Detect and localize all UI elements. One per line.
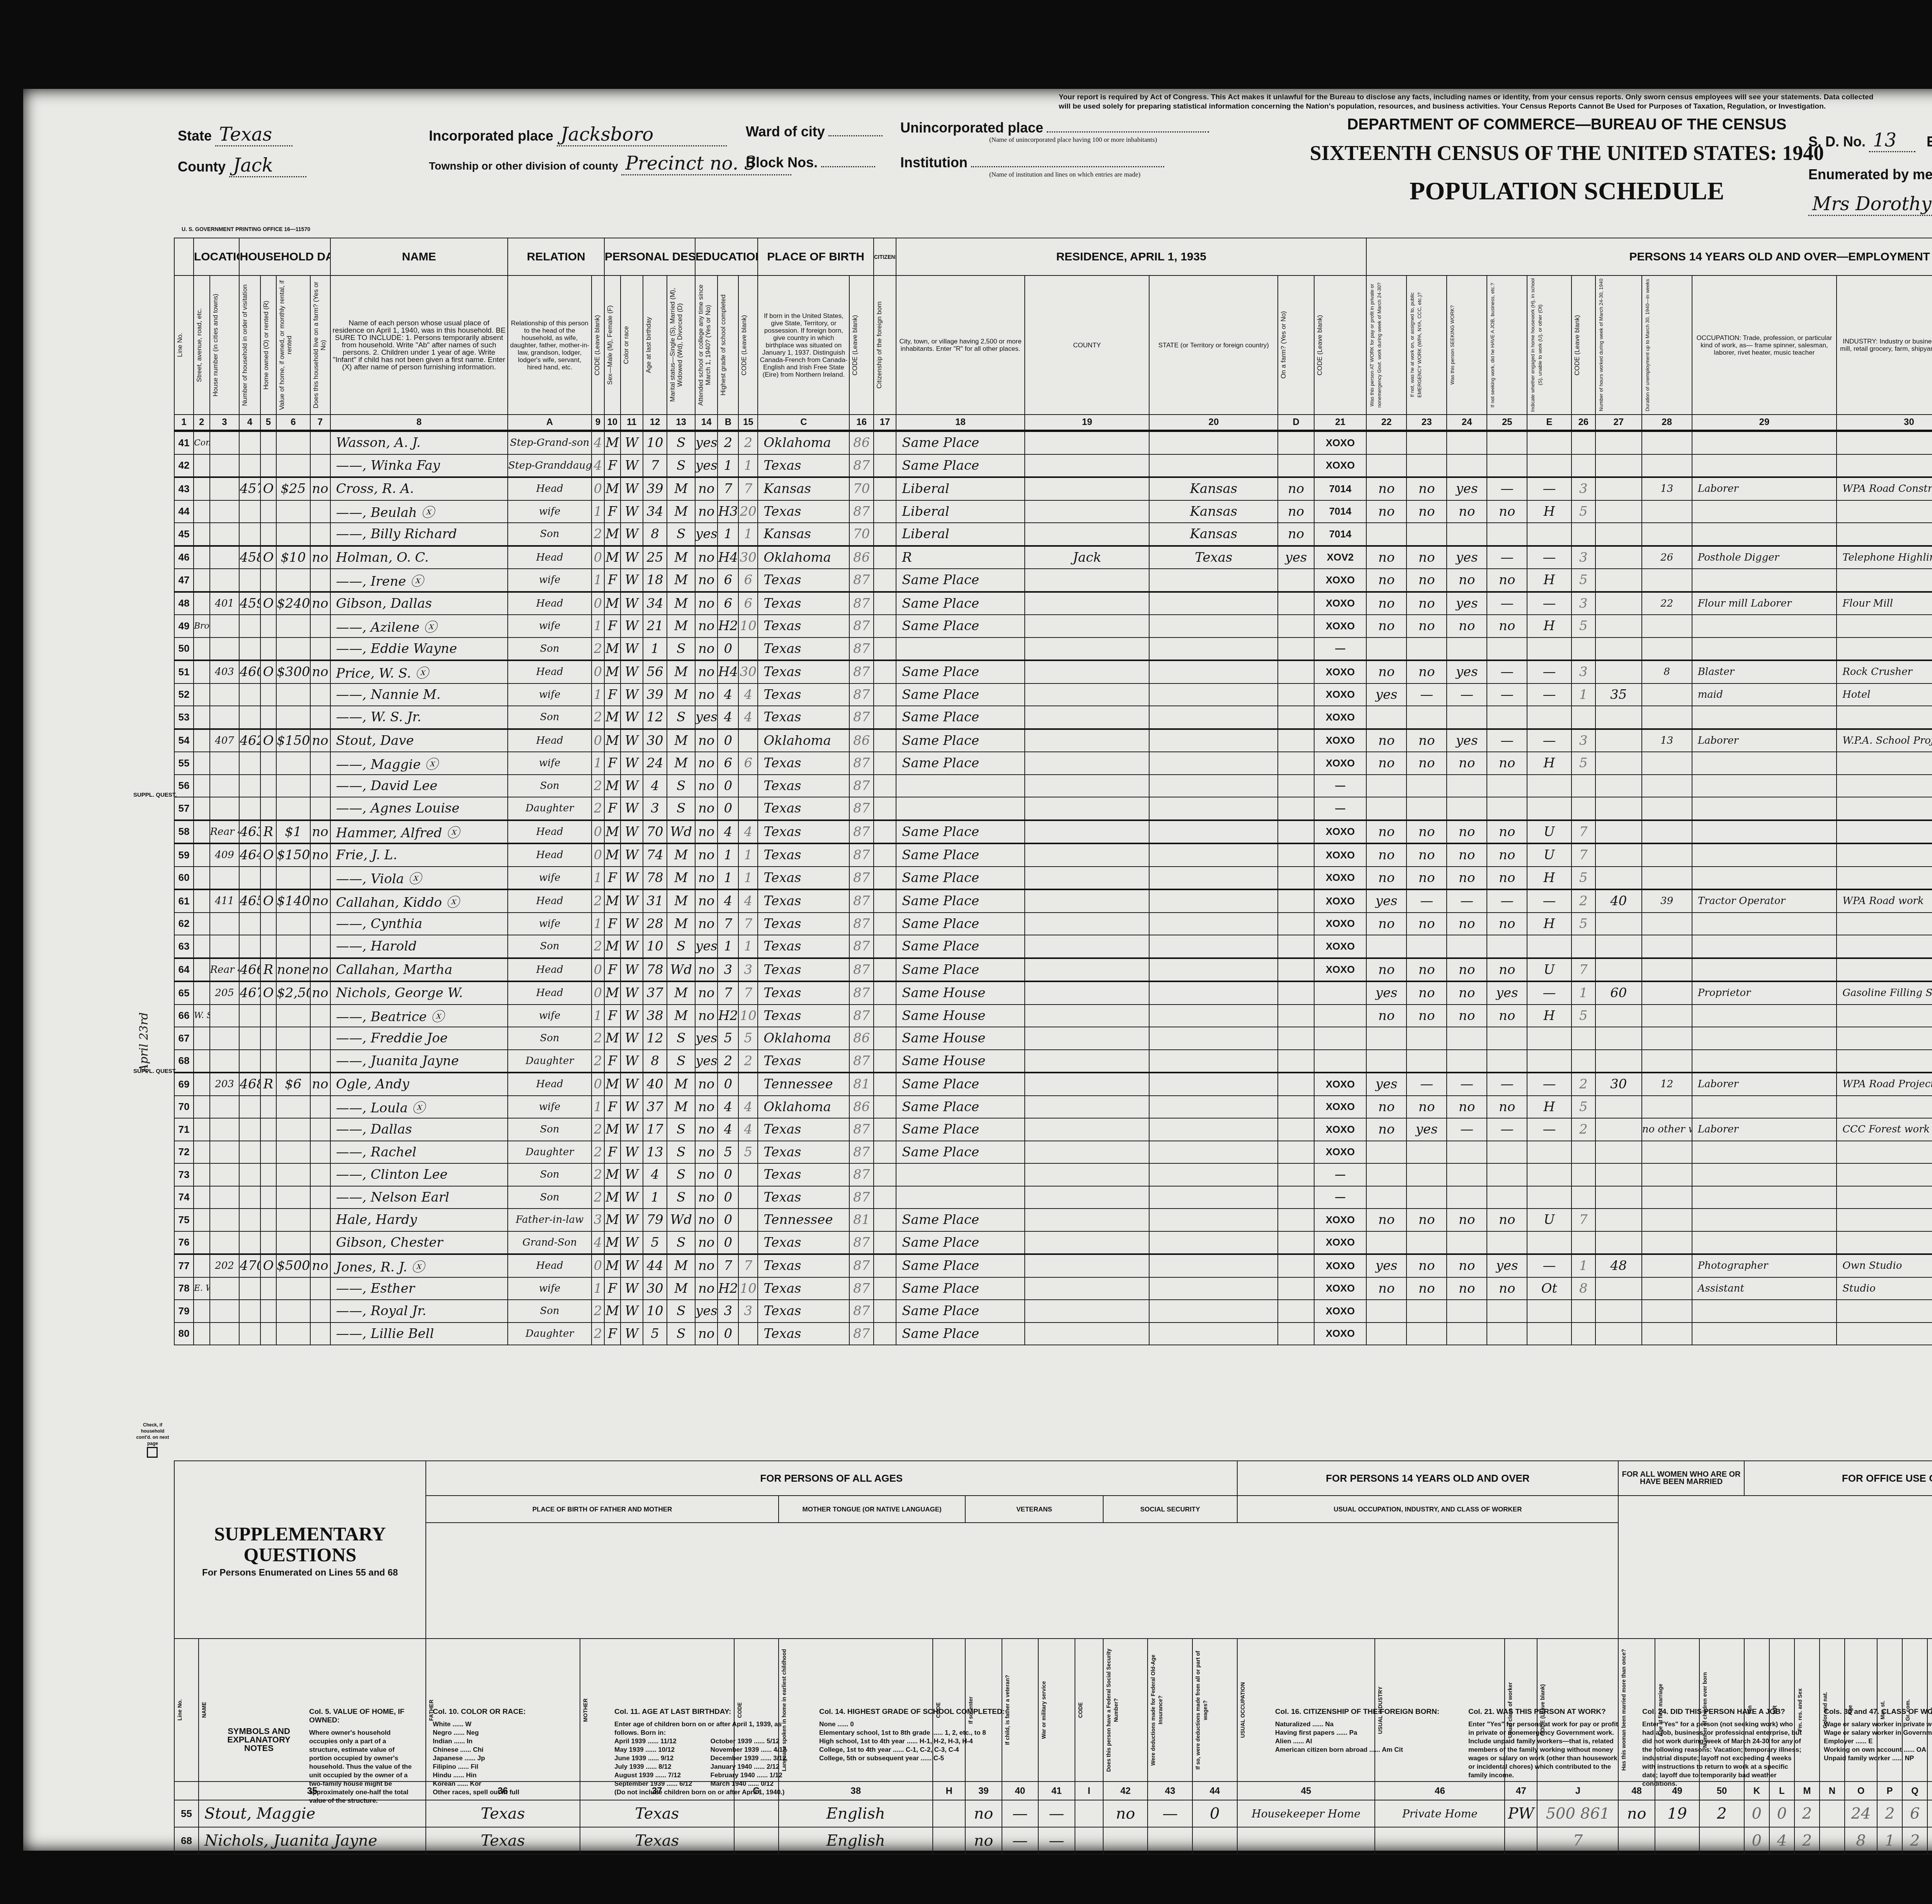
cell-race: W — [621, 1096, 643, 1119]
cell-c22: — — [1406, 683, 1447, 706]
cell-ln: 69 — [174, 1073, 194, 1096]
cell-house: 401 — [210, 592, 240, 615]
cell-race: W — [621, 706, 643, 729]
cell-age: 8 — [643, 523, 667, 546]
supp-veterans: VETERANS — [965, 1496, 1103, 1523]
cell-house: 205 — [210, 981, 240, 1005]
supp-col-number: R — [1927, 1782, 1932, 1800]
cell-codeE: 7 — [1571, 958, 1595, 982]
cell-c26 — [1595, 843, 1642, 867]
cell-c22 — [1406, 454, 1447, 478]
cell-c27 — [1642, 569, 1692, 592]
cell-race: W — [621, 1186, 643, 1209]
cell-city: Same Place — [896, 1300, 1025, 1323]
cell-c22 — [1406, 706, 1447, 729]
cell-grade: 0 — [718, 1231, 738, 1255]
cell-value — [276, 867, 310, 890]
cell-codeA: 0 — [592, 1073, 604, 1096]
cell-sex: M — [604, 592, 621, 615]
cell-industry: Rock Crusher — [1837, 660, 1932, 683]
cell-farm35 — [1278, 1163, 1314, 1186]
cell-birthplace: Texas — [758, 867, 849, 890]
cell-c24: no — [1487, 820, 1527, 844]
cell-owned: O — [260, 1254, 277, 1277]
cell-c27 — [1642, 1096, 1692, 1119]
cell-sex: F — [604, 615, 621, 637]
cell-c23: — — [1447, 683, 1487, 706]
cell-codeE — [1571, 431, 1595, 454]
cell-birthplace: Oklahoma — [758, 431, 849, 454]
cell-sex: F — [604, 867, 621, 890]
cell-ln: 78 — [174, 1277, 194, 1300]
cell-c26 — [1595, 958, 1642, 982]
cell-occupation — [1692, 569, 1837, 592]
col24-text: Enter "Yes" for a person (not seeking wo… — [1642, 1720, 1804, 1788]
cell-codeD: XOXO — [1314, 615, 1366, 637]
table-row: 70——, Loula ⓧwife1FW37Mno44Oklahoma86Sam… — [174, 1096, 1932, 1119]
cell-c21: no — [1366, 477, 1406, 500]
cell-relation: Head — [508, 820, 591, 844]
footer-col11: Col. 11. AGE AT LAST BIRTHDAY: Enter age… — [614, 1708, 800, 1797]
cell-c22: no — [1406, 981, 1447, 1005]
cell-industry: Own Studio — [1837, 1254, 1932, 1277]
cell-occupation — [1692, 523, 1837, 546]
household-continued-checkbox[interactable] — [147, 1447, 158, 1458]
cell-citizen — [874, 1141, 896, 1164]
cell-codeD: — — [1314, 797, 1366, 820]
cell-codeD — [1314, 1027, 1366, 1050]
cell-codeC: 86 — [849, 546, 873, 569]
cell-street — [194, 592, 210, 615]
supp-col-header: Line No. — [174, 1639, 199, 1782]
supp-col-number: 39 — [965, 1782, 1002, 1800]
cell-race: W — [621, 1163, 643, 1186]
cell-codeE — [1571, 1231, 1595, 1255]
col11-note: (Do not include children born on or afte… — [614, 1788, 800, 1797]
cell-marital: S — [667, 1231, 695, 1255]
table-row: 57——, Agnes LouiseDaughter2FW3Sno0Texas8… — [174, 797, 1932, 820]
cell-grade: 2 — [718, 1050, 738, 1073]
cell-birthplace: Texas — [758, 1323, 849, 1345]
cell-c21: no — [1366, 752, 1406, 775]
cell-c24: — — [1487, 1118, 1527, 1141]
cell-state — [1149, 1300, 1278, 1323]
cell-visit — [239, 523, 260, 546]
cell-farm — [310, 683, 330, 706]
note-item: Indian ...... In — [433, 1737, 580, 1746]
column-number: 13 — [667, 415, 695, 431]
cell-state — [1149, 660, 1278, 683]
cell-race: W — [621, 913, 643, 935]
cell-county — [1025, 1163, 1149, 1186]
cell-name: ——, Juanita Jayne — [330, 1050, 508, 1073]
cell-codeC: 87 — [849, 1277, 873, 1300]
cell-house — [210, 706, 240, 729]
cell-value: $140 — [276, 889, 310, 913]
cell-house — [210, 431, 240, 454]
cell-relation: wife — [508, 1096, 591, 1119]
column-number: 6 — [276, 415, 310, 431]
cell-codeB: 7 — [738, 913, 758, 935]
cell-name: Wasson, A. J. — [330, 431, 508, 454]
cell-codeD: XOXO — [1314, 592, 1366, 615]
cell-owned: O — [260, 546, 277, 569]
cell-visit: 459 — [239, 592, 260, 615]
cell-c24: yes — [1487, 981, 1527, 1005]
cell-race: W — [621, 1209, 643, 1231]
cell-grade: 0 — [718, 637, 738, 661]
cell-race: W — [621, 546, 643, 569]
cell-c24: no — [1487, 752, 1527, 775]
cell-school: no — [695, 797, 718, 820]
cell-c25 — [1527, 1231, 1571, 1255]
cell-codeD: — — [1314, 775, 1366, 797]
cell-codeD: XOXO — [1314, 913, 1366, 935]
cell-name: ——, Royal Jr. — [330, 1300, 508, 1323]
cell-codeE: 5 — [1571, 500, 1595, 523]
table-row: 65205467O$2,500noNichols, George W.Head0… — [174, 981, 1932, 1005]
cell-c22: no — [1406, 546, 1447, 569]
cell-codeD: XOXO — [1314, 1254, 1366, 1277]
cell-c26 — [1595, 1096, 1642, 1119]
cell-codeD: 7014 — [1314, 477, 1366, 500]
cell-c27 — [1642, 1277, 1692, 1300]
cell-county — [1025, 523, 1149, 546]
cell-value: $150 — [276, 843, 310, 867]
cell-race: W — [621, 775, 643, 797]
cell-c27 — [1642, 1005, 1692, 1027]
cell-name: Holman, O. C. — [330, 546, 508, 569]
cell-visit — [239, 1050, 260, 1073]
supp-social-security: SOCIAL SECURITY — [1103, 1496, 1237, 1523]
state-field: State Texas — [178, 124, 293, 146]
table-row: 63——, HaroldSon2MW10Syes11Texas87Same Pl… — [174, 935, 1932, 958]
cell-codeE: 1 — [1571, 683, 1595, 706]
cell-state — [1149, 1163, 1278, 1186]
cell-city: Same House — [896, 1050, 1025, 1073]
table-row: 80——, Lillie BellDaughter2FW5Sno0Texas87… — [174, 1323, 1932, 1345]
cell-occupation: Tractor Operator — [1692, 889, 1837, 913]
note-item: Negro ...... Neg — [433, 1729, 580, 1737]
cell-visit — [239, 615, 260, 637]
cell-marital: M — [667, 843, 695, 867]
cell-c26 — [1595, 546, 1642, 569]
cell-c27 — [1642, 752, 1692, 775]
cell-street — [194, 1254, 210, 1277]
supp-cell-K: 0 — [1744, 1800, 1769, 1827]
cell-codeD: 7014 — [1314, 500, 1366, 523]
note-item: Alien ...... Al — [1275, 1737, 1453, 1746]
cell-age: 56 — [643, 660, 667, 683]
cell-school: no — [695, 1323, 718, 1345]
hdr-col21: Was this person AT WORK for pay or profi… — [1366, 275, 1406, 415]
cell-age: 39 — [643, 683, 667, 706]
cell-farm — [310, 637, 330, 661]
cell-ln: 67 — [174, 1027, 194, 1050]
cell-farm35 — [1278, 1141, 1314, 1164]
cell-c25: U — [1527, 958, 1571, 982]
cell-city: Same Place — [896, 454, 1025, 478]
col10-title: Col. 10. COLOR OR RACE: — [433, 1708, 580, 1716]
cell-c21 — [1366, 797, 1406, 820]
cell-c27: 8 — [1642, 660, 1692, 683]
cell-name: Nichols, George W. — [330, 981, 508, 1005]
cell-codeD: XOXO — [1314, 706, 1366, 729]
cell-codeB: 6 — [738, 569, 758, 592]
column-number: 25 — [1487, 415, 1527, 431]
note-item: Naturalized ...... Na — [1275, 1720, 1453, 1729]
cell-value — [276, 1300, 310, 1323]
cell-value: none — [276, 958, 310, 982]
cell-street — [194, 913, 210, 935]
cell-value — [276, 1186, 310, 1209]
cell-relation: Head — [508, 729, 591, 752]
cell-codeD — [1314, 1005, 1366, 1027]
cell-marital: S — [667, 1186, 695, 1209]
cell-c27 — [1642, 820, 1692, 844]
cell-c21: yes — [1366, 889, 1406, 913]
cell-citizen — [874, 1050, 896, 1073]
cell-race: W — [621, 477, 643, 500]
cell-marital: S — [667, 1141, 695, 1164]
cell-codeB: 4 — [738, 1096, 758, 1119]
cell-c25: U — [1527, 843, 1571, 867]
cell-street — [194, 1186, 210, 1209]
cell-house — [210, 1118, 240, 1141]
supp-cell-c41: — — [1038, 1800, 1075, 1827]
cell-codeD: XOXO — [1314, 683, 1366, 706]
cell-visit — [239, 867, 260, 890]
cell-c22 — [1406, 1186, 1447, 1209]
cell-owned: R — [260, 958, 277, 982]
cell-codeA: 2 — [592, 797, 604, 820]
cell-c25: — — [1527, 1254, 1571, 1277]
cell-c25 — [1527, 637, 1571, 661]
cell-marital: M — [667, 913, 695, 935]
cell-school: no — [695, 1209, 718, 1231]
cell-c24 — [1487, 454, 1527, 478]
county-label: County — [178, 159, 226, 175]
cell-state — [1149, 981, 1278, 1005]
cell-industry: CCC Forest work — [1837, 1118, 1932, 1141]
cell-codeB — [738, 797, 758, 820]
cell-school: no — [695, 867, 718, 890]
cell-value: $240 — [276, 592, 310, 615]
cell-birthplace: Texas — [758, 660, 849, 683]
cell-age: 44 — [643, 1254, 667, 1277]
cell-citizen — [874, 797, 896, 820]
cell-c24: no — [1487, 615, 1527, 637]
cell-industry — [1837, 523, 1932, 546]
cell-state — [1149, 1050, 1278, 1073]
cell-codeB: 30 — [738, 660, 758, 683]
cell-occupation — [1692, 1141, 1837, 1164]
cell-codeB: 4 — [738, 1118, 758, 1141]
col30-title: Cols. 30 and 47. CLASS OF WORKER: — [1824, 1708, 1932, 1716]
supp-cell-ln: 55 — [174, 1800, 199, 1827]
cell-codeA: 1 — [592, 500, 604, 523]
cell-farm35: no — [1278, 523, 1314, 546]
hdr-col25: Indicate whether engaged in home housewo… — [1527, 275, 1571, 415]
supp-cell-P: 2 — [1877, 1800, 1902, 1827]
table-row: 42——, Winka FayStep-Granddaughter4FW7Sye… — [174, 454, 1932, 478]
cell-codeE: 3 — [1571, 477, 1595, 500]
cell-c25: H — [1527, 752, 1571, 775]
supp-women: FOR ALL WOMEN WHO ARE OR HAVE BEEN MARRI… — [1618, 1461, 1744, 1496]
column-number: 14 — [695, 415, 718, 431]
cell-sex: M — [604, 523, 621, 546]
table-row: 77202470O$500noJones, R. J. ⓧHead0MW44Mn… — [174, 1254, 1932, 1277]
cell-marital: S — [667, 775, 695, 797]
cell-name: ——, Eddie Wayne — [330, 637, 508, 661]
cell-codeB: 1 — [738, 523, 758, 546]
cell-c21: no — [1366, 592, 1406, 615]
hdr-occupation: OCCUPATION: Trade, profession, or partic… — [1692, 275, 1837, 415]
confidentiality-notice: Your report is required by Act of Congre… — [1059, 93, 1878, 111]
cell-codeD: XOXO — [1314, 867, 1366, 890]
cell-industry — [1837, 1163, 1932, 1186]
cell-race: W — [621, 981, 643, 1005]
note-item: Other races, spell out in full — [433, 1788, 580, 1797]
cell-value — [276, 523, 310, 546]
cell-c26: 48 — [1595, 1254, 1642, 1277]
cell-occupation — [1692, 820, 1837, 844]
cell-age: 37 — [643, 1096, 667, 1119]
cell-state — [1149, 1118, 1278, 1141]
cell-codeB: 4 — [738, 683, 758, 706]
cell-birthplace: Texas — [758, 1118, 849, 1141]
cell-birthplace: Texas — [758, 981, 849, 1005]
cell-relation: Head — [508, 889, 591, 913]
cell-farm35 — [1278, 1027, 1314, 1050]
note-item: Japanese ...... Jp — [433, 1754, 580, 1763]
cell-c22 — [1406, 1300, 1447, 1323]
cell-farm — [310, 1050, 330, 1073]
cell-race: W — [621, 683, 643, 706]
cell-relation: Son — [508, 1118, 591, 1141]
cell-c25 — [1527, 1300, 1571, 1323]
cell-c23: — — [1447, 1118, 1487, 1141]
table-row: 56——, David LeeSon2MW4Sno0Texas87— — [174, 775, 1932, 797]
cell-occupation: Laborer — [1692, 729, 1837, 752]
cell-birthplace: Kansas — [758, 477, 849, 500]
cell-c21: no — [1366, 1277, 1406, 1300]
cell-school: no — [695, 1073, 718, 1096]
cell-codeB: 1 — [738, 935, 758, 958]
cell-grade: 4 — [718, 1118, 738, 1141]
cell-codeB: 7 — [738, 981, 758, 1005]
cell-name: ——, Azilene ⓧ — [330, 615, 508, 637]
cell-c21 — [1366, 1323, 1406, 1345]
table-row: 61411465O$140noCallahan, Kiddo ⓧHead2MW3… — [174, 889, 1932, 913]
cell-name: ——, Beulah ⓧ — [330, 500, 508, 523]
cell-county — [1025, 820, 1149, 844]
cell-codeC: 87 — [849, 1005, 873, 1027]
cell-ln: 62 — [174, 913, 194, 935]
column-number: 7 — [310, 415, 330, 431]
cell-c21: no — [1366, 958, 1406, 982]
cell-sex: M — [604, 706, 621, 729]
cell-birthplace: Oklahoma — [758, 1027, 849, 1050]
cell-ln: 46 — [174, 546, 194, 569]
cell-house — [210, 1231, 240, 1255]
cell-city — [896, 1163, 1025, 1186]
cell-sex: F — [604, 1005, 621, 1027]
cell-race: W — [621, 523, 643, 546]
supp-cell-K: 0 — [1744, 1827, 1769, 1854]
cell-farm35: no — [1278, 500, 1314, 523]
supp-parent-birth: PLACE OF BIRTH OF FATHER AND MOTHER — [426, 1496, 779, 1523]
cell-c22: no — [1406, 958, 1447, 982]
cell-relation: Head — [508, 958, 591, 982]
cell-c21 — [1366, 1231, 1406, 1255]
cell-age: 31 — [643, 889, 667, 913]
cell-sex: M — [604, 546, 621, 569]
cell-street — [194, 820, 210, 844]
cell-ln: 54 — [174, 729, 194, 752]
cell-c25: H — [1527, 913, 1571, 935]
cell-c24 — [1487, 1231, 1527, 1255]
cell-value: $25 — [276, 477, 310, 500]
table-row: 49Brown——, Azilene ⓧwife1FW21MnoH210Texa… — [174, 615, 1932, 637]
cell-owned — [260, 1118, 277, 1141]
cell-occupation — [1692, 1050, 1837, 1073]
cell-codeC: 87 — [849, 1163, 873, 1186]
cell-name: ——, W. S. Jr. — [330, 706, 508, 729]
cell-codeB: 7 — [738, 477, 758, 500]
cell-occupation — [1692, 1163, 1837, 1186]
cell-grade: 4 — [718, 706, 738, 729]
cell-name: Ogle, Andy — [330, 1073, 508, 1096]
cell-age: 5 — [643, 1231, 667, 1255]
cell-age: 74 — [643, 843, 667, 867]
cell-codeC: 87 — [849, 1050, 873, 1073]
supp-cell-codeH — [933, 1800, 965, 1827]
cell-street — [194, 1050, 210, 1073]
cell-c23 — [1447, 1300, 1487, 1323]
note-item: May 1939 ...... 10/12 — [614, 1746, 704, 1754]
cell-c21: no — [1366, 615, 1406, 637]
group-name: NAME — [330, 238, 508, 275]
cell-marital: M — [667, 683, 695, 706]
note-item: American citizen born abroad ...... Am C… — [1275, 1746, 1453, 1754]
note-item: College, 5th or subsequent year ...... C… — [819, 1754, 1028, 1763]
cell-citizen — [874, 592, 896, 615]
cell-street — [194, 546, 210, 569]
cell-school: no — [695, 660, 718, 683]
supp-cell-mother: Texas — [580, 1827, 734, 1854]
cell-birthplace: Texas — [758, 843, 849, 867]
cell-visit — [239, 1163, 260, 1186]
cell-c25 — [1527, 1163, 1571, 1186]
cell-codeE: 3 — [1571, 592, 1595, 615]
cell-codeB: 4 — [738, 820, 758, 844]
supp-cell-c49 — [1655, 1827, 1699, 1854]
cell-school: no — [695, 1163, 718, 1186]
cell-street — [194, 981, 210, 1005]
cell-citizen — [874, 958, 896, 982]
cell-grade: 1 — [718, 935, 738, 958]
cell-farm35 — [1278, 592, 1314, 615]
cell-street — [194, 797, 210, 820]
supp-cell-father: Texas — [426, 1827, 580, 1854]
col14-list: None ...... 0Elementary school, 1st to 8… — [819, 1720, 1028, 1763]
supp-cell-c45: Housekeeper Home — [1237, 1800, 1375, 1827]
cell-industry — [1837, 1186, 1932, 1209]
cell-birthplace: Texas — [758, 1050, 849, 1073]
cell-codeD: XOXO — [1314, 1141, 1366, 1164]
cell-birthplace: Oklahoma — [758, 1096, 849, 1119]
